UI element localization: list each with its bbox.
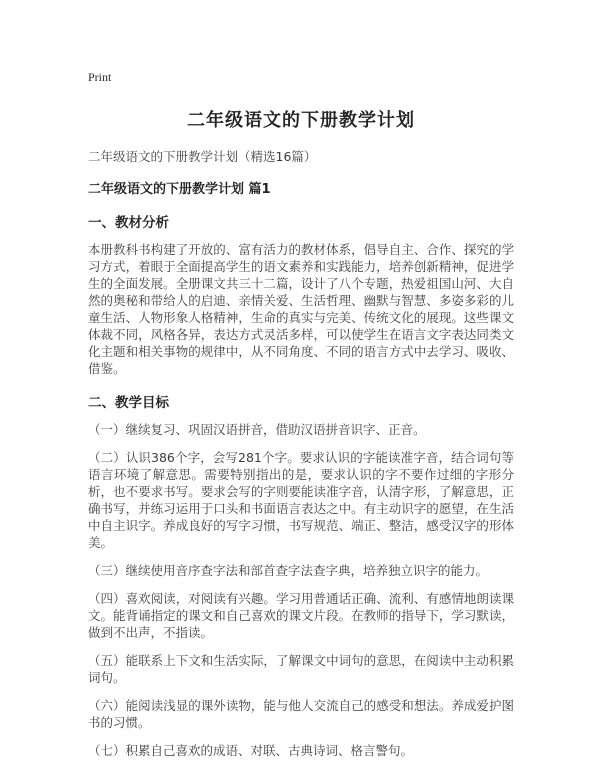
content-paragraph-material-analysis: 本册教科书构建了开放的、富有活力的教材体系，倡导自主、合作、探究的学习方式，着眼… (88, 241, 514, 377)
content-paragraph-goal-1: （一）继续复习、巩固汉语拼音，借助汉语拼音识字、正音。 (88, 421, 514, 438)
content-paragraph-goal-4: （四）喜欢阅读，对阅读有兴趣。学习用普通话正确、流利、有感情地朗读课文。能背诵指… (88, 590, 514, 641)
content-paragraph-goal-5: （五）能联系上下文和生活实际，了解课文中词句的意思，在阅读中主动积累词句。 (88, 652, 514, 686)
section-heading-part1: 二年级语文的下册教学计划 篇1 (88, 178, 514, 197)
content-paragraph-goal-7: （七）积累自己喜欢的成语、对联、古典诗词、格言警句。 (88, 742, 514, 759)
content-paragraph-goal-3: （三）继续使用音序查字法和部首查字法查字典，培养独立识字的能力。 (88, 562, 514, 579)
document-subtitle: 二年级语文的下册教学计划（精选16篇） (88, 147, 514, 165)
content-heading-material-analysis: 一、教材分析 (88, 211, 514, 231)
content-heading-teaching-goals: 二、教学目标 (88, 391, 514, 411)
page-title: 二年级语文的下册教学计划 (88, 106, 514, 132)
content-paragraph-goal-2: （二）认识386个字，会写281个字。要求认识的字能读准字音，结合词句等语言环境… (88, 449, 514, 551)
document-page: Print 二年级语文的下册教学计划 二年级语文的下册教学计划（精选16篇） 二… (0, 0, 600, 776)
content-paragraph-goal-6: （六）能阅读浅显的课外读物，能与他人交流自己的感受和想法。养成爱护图书的习惯。 (88, 697, 514, 731)
print-link[interactable]: Print (88, 70, 111, 85)
